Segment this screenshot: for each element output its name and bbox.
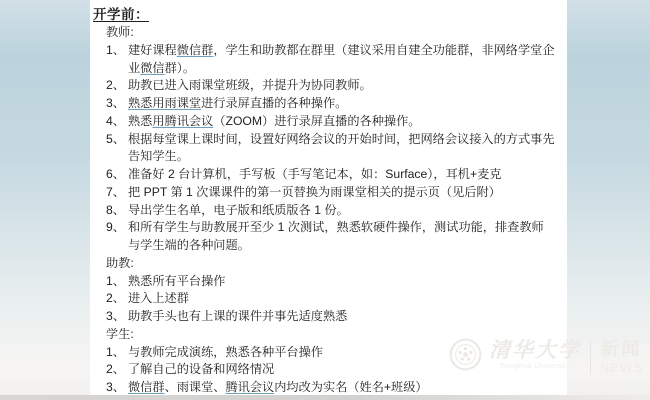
item-number: 3、 xyxy=(106,95,128,113)
item-text: 导出学生名单，电子版和纸质版各 1 份。 xyxy=(128,203,349,217)
section-heading: 教师: xyxy=(106,24,555,42)
underlined-link-text: 微信群 xyxy=(128,380,165,394)
list-item: 6、准备好 2 台计算机，手写板（手写笔记本，如：Surface），耳机+麦克 xyxy=(106,166,555,184)
list-item: 3、熟悉用雨课堂进行录屏直播的各种操作。 xyxy=(106,95,555,113)
item-text: 了解自己的设备和网络情况 xyxy=(128,362,274,376)
item-number: 2、 xyxy=(106,290,128,308)
item-text: 熟悉所有平台操作 xyxy=(128,274,226,288)
doc-sections: 教师:1、建好课程微信群，学生和助教都在群里（建议采用自建全功能群，非网络学堂企… xyxy=(93,24,555,397)
list-item: 1、熟悉所有平台操作 xyxy=(106,273,555,291)
item-number: 5、 xyxy=(106,131,128,149)
item-text: 准备好 2 台计算机，手写板（手写笔记本，如：Surface），耳机+麦克 xyxy=(128,167,501,181)
list-item: 1、与教师完成演练，熟悉各种平台操作 xyxy=(106,344,555,362)
item-number: 1、 xyxy=(106,42,128,60)
list-item: 9、和所有学生与助教展开至少 1 次测试，熟悉软硬件操作，测试功能，排查教师与学… xyxy=(106,219,555,255)
item-text: 群）。 xyxy=(165,61,195,75)
list-item: 2、助教已进入雨课堂班级，并提升为协同教师。 xyxy=(106,77,555,95)
bottom-edge-strip xyxy=(0,395,650,400)
item-number: 1、 xyxy=(106,344,128,362)
item-number: 2、 xyxy=(106,77,128,95)
section-heading: 学生: xyxy=(106,326,555,344)
item-text: 建好课程 xyxy=(128,43,177,57)
list-item: 2、进入上述群 xyxy=(106,290,555,308)
underlined-link-text: 熟悉用雨课堂 xyxy=(128,96,201,110)
item-number: 7、 xyxy=(106,184,128,202)
item-text: 进入上述群 xyxy=(128,291,189,305)
document-area: 开学前： 教师:1、建好课程微信群，学生和助教都在群里（建议采用自建全功能群，非… xyxy=(90,0,567,400)
list-item: 2、了解自己的设备和网络情况 xyxy=(106,361,555,379)
item-number: 1、 xyxy=(106,273,128,291)
item-text: 助教已进入雨课堂班级，并提升为协同教师。 xyxy=(128,78,372,92)
list-item: 4、熟悉用腾讯会议（ZOOM）进行录屏直播的各种操作。 xyxy=(106,113,555,131)
item-text: 助教手头也有上课的课件并事先适度熟悉 xyxy=(128,309,347,323)
item-text: 把 PPT 第 1 次课课件的第一页替换为雨课堂相关的提示页（见后附） xyxy=(128,185,501,199)
item-number: 9、 xyxy=(106,219,128,237)
item-text: 、雨课堂、 xyxy=(165,380,226,394)
item-text: 熟悉 xyxy=(128,114,152,128)
underlined-link-text: 微信群 xyxy=(177,43,214,57)
list-item: 5、根据每堂课上课时间，设置好网络会议的开始时间，把网络会议接入的方式事先告知学… xyxy=(106,131,555,167)
document-title: 开学前： xyxy=(93,5,555,24)
list-item: 7、把 PPT 第 1 次课课件的第一页替换为雨课堂相关的提示页（见后附） xyxy=(106,184,555,202)
underlined-link-text: 腾讯会议 xyxy=(226,380,275,394)
underlined-link-text: 用腾讯会议 xyxy=(152,114,213,128)
item-text: 根据每堂课上课时间，设置好网络会议的开始时间，把网络会议接入的方式事先告知学生。 xyxy=(128,132,555,164)
section-heading: 助教: xyxy=(106,255,555,273)
item-number: 2、 xyxy=(106,361,128,379)
list-item: 1、建好课程微信群，学生和助教都在群里（建议采用自建全功能群，非网络学堂企业微信… xyxy=(106,42,555,78)
item-text: 与教师完成演练，熟悉各种平台操作 xyxy=(128,345,323,359)
item-text: （ZOOM）进行录屏直播的各种操作。 xyxy=(213,114,420,128)
item-number: 3、 xyxy=(106,308,128,326)
list-item: 8、导出学生名单，电子版和纸质版各 1 份。 xyxy=(106,202,555,220)
item-number: 8、 xyxy=(106,202,128,220)
item-number: 6、 xyxy=(106,166,128,184)
underlined-link-text: 微信 xyxy=(140,61,164,75)
item-text: 内均改为实名（姓名+班级） xyxy=(274,380,427,394)
item-text: 和所有学生与助教展开至少 1 次测试，熟悉软硬件操作，测试功能，排查教师与学生端… xyxy=(128,220,544,252)
list-item: 3、助教手头也有上课的课件并事先适度熟悉 xyxy=(106,308,555,326)
item-number: 4、 xyxy=(106,113,128,131)
item-text: 进行录屏直播的各种操作。 xyxy=(201,96,347,110)
